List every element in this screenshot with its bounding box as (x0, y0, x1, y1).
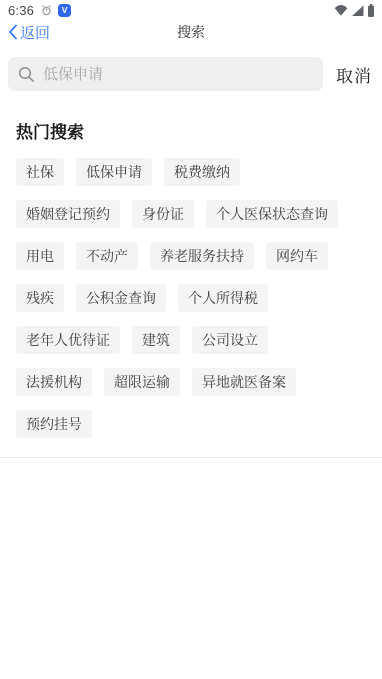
tag-row: 法援机构超限运输异地就医备案 (16, 368, 366, 396)
hot-search-tag[interactable]: 公司设立 (192, 326, 268, 354)
hot-search-tag[interactable]: 超限运输 (104, 368, 180, 396)
tag-row: 预约挂号 (16, 410, 366, 438)
search-icon (18, 66, 35, 83)
cancel-button[interactable]: 取消 (336, 62, 372, 87)
hot-search-tag[interactable]: 预约挂号 (16, 410, 92, 438)
section-divider (0, 457, 382, 458)
tag-row: 婚姻登记预约身份证个人医保状态查询 (16, 200, 366, 228)
wifi-icon (331, 5, 348, 16)
hot-search-heading: 热门搜索 (16, 118, 366, 143)
hot-search-tag[interactable]: 网约车 (266, 242, 328, 270)
nav-bar: 返回 搜索 (0, 20, 382, 44)
tag-row: 残疾公积金查询个人所得税 (16, 284, 366, 312)
hot-search-tag[interactable]: 不动产 (76, 242, 138, 270)
hot-search-tag[interactable]: 老年人优待证 (16, 326, 120, 354)
hot-search-tags: 社保低保申请税费缴纳婚姻登记预约身份证个人医保状态查询用电不动产养老服务扶持网约… (16, 158, 366, 438)
hot-search-tag[interactable]: 个人所得税 (178, 284, 268, 312)
page-title: 搜索 (0, 20, 382, 44)
search-box[interactable] (8, 57, 323, 91)
search-input[interactable] (43, 66, 313, 83)
hot-search-tag[interactable]: 公积金查询 (76, 284, 166, 312)
hot-search-tag[interactable]: 法援机构 (16, 368, 92, 396)
hot-search-tag[interactable]: 个人医保状态查询 (206, 200, 338, 228)
hot-search-tag[interactable]: 用电 (16, 242, 64, 270)
alarm-icon (41, 5, 52, 16)
hot-search-tag[interactable]: 社保 (16, 158, 64, 186)
hot-search-tag[interactable]: 养老服务扶持 (150, 242, 254, 270)
signal-icon (348, 5, 364, 16)
tag-row: 老年人优待证建筑公司设立 (16, 326, 366, 354)
hot-search-tag[interactable]: 税费缴纳 (164, 158, 240, 186)
hot-search-tag[interactable]: 低保申请 (76, 158, 152, 186)
hot-search-tag[interactable]: 建筑 (132, 326, 180, 354)
status-bar: 6:36 V (0, 0, 382, 20)
clock-time: 6:36 (8, 3, 34, 18)
tag-row: 社保低保申请税费缴纳 (16, 158, 366, 186)
hot-search-tag[interactable]: 身份证 (132, 200, 194, 228)
notification-app-badge-icon: V (58, 4, 71, 17)
hot-search-tag[interactable]: 异地就医备案 (192, 368, 296, 396)
hot-search-tag[interactable]: 残疾 (16, 284, 64, 312)
search-row: 取消 (8, 57, 374, 91)
battery-icon (364, 4, 375, 17)
hot-search-tag[interactable]: 婚姻登记预约 (16, 200, 120, 228)
tag-row: 用电不动产养老服务扶持网约车 (16, 242, 366, 270)
